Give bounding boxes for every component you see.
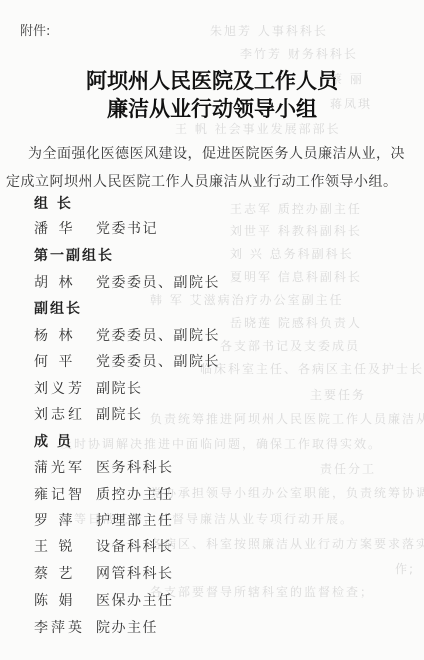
bleed-through-text: 李竹芳 财务科科长	[240, 45, 358, 62]
member-name: 蔡 艺	[34, 563, 96, 583]
member-row: 陈 娟医保办主任	[34, 590, 174, 610]
member-name: 刘志红	[34, 404, 96, 424]
member-name: 陈 娟	[34, 590, 96, 610]
member-role: 护理部主任	[96, 510, 174, 530]
intro-line-1: 为全面强化医德医风建设，促进医院医务人员廉洁从业，决	[6, 140, 406, 168]
member-role: 网管科科长	[96, 563, 174, 583]
member-name: 杨 林	[34, 325, 96, 345]
document-title-line-2: 廉洁从业行动领导小组	[0, 93, 424, 123]
intro-paragraph: 为全面强化医德医风建设，促进医院医务人员廉洁从业，决 定成立阿坝州人民医院工作人…	[6, 140, 406, 196]
member-role: 党委委员、副院长	[96, 351, 220, 371]
member-role: 副院长	[96, 378, 143, 398]
member-name: 雍记智	[34, 484, 96, 504]
intro-line-2: 定成立阿坝州人民医院工作人员廉洁从业行动工作领导小组。	[6, 168, 406, 196]
member-name: 胡 林	[34, 272, 96, 292]
section-heading-leader: 组 长	[34, 193, 73, 213]
member-row: 杨 林党委委员、副院长	[34, 325, 220, 345]
bleed-through-text: 及时协调解决推进中面临问题，确保工作取得实效。	[60, 435, 382, 452]
bleed-through-text: 党办承担领导小组办公室职能，负责统筹协调，信息汇	[150, 484, 424, 501]
member-name: 罗 萍	[34, 510, 96, 530]
member-role: 设备科科长	[96, 536, 174, 556]
bleed-through-text: 刘 兴 总务科副科长	[230, 245, 354, 262]
member-row: 雍记智质控办主任	[34, 484, 174, 504]
member-role: 医保办主任	[96, 590, 174, 610]
bleed-through-text: 各支部书记及支委成员	[220, 337, 360, 354]
member-role: 党委书记	[96, 218, 158, 238]
bleed-through-text: 作;	[395, 560, 415, 577]
bleed-through-text: 各病区、科室按照廉洁从业行动方案要求落实各项工	[150, 535, 424, 552]
bleed-through-text: 王志军 质控办副主任	[230, 200, 362, 217]
section-heading-deputy: 副组长	[34, 298, 82, 318]
member-name: 何 平	[34, 351, 96, 371]
member-row: 何 平党委委员、副院长	[34, 351, 220, 371]
bleed-through-text: 各支部要督导所辖科室的监督检查；	[150, 583, 374, 600]
section-heading-first-deputy: 第一副组长	[34, 245, 114, 265]
member-row: 蔡 艺网管科科长	[34, 563, 174, 583]
bleed-through-text: 临床科室主任、各病区主任及护士长	[200, 360, 424, 377]
section-heading-members: 成 员	[34, 431, 73, 451]
member-role: 副院长	[96, 404, 143, 424]
attachment-label: 附件:	[20, 20, 50, 39]
member-name: 王 锐	[34, 536, 96, 556]
member-row: 胡 林党委委员、副院长	[34, 272, 220, 292]
member-row: 刘义芳副院长	[34, 378, 143, 398]
member-row: 罗 萍护理部主任	[34, 510, 174, 530]
document-title-line-1: 阿坝州人民医院及工作人员	[0, 65, 424, 95]
member-role: 党委委员、副院长	[96, 325, 220, 345]
member-name: 蒲光军	[34, 457, 96, 477]
member-row: 潘 华党委书记	[34, 218, 158, 238]
bleed-through-text: 责任分工	[320, 460, 376, 477]
member-role: 质控办主任	[96, 484, 174, 504]
bleed-through-text: 主要任务	[310, 386, 366, 403]
member-row: 李萍英院办主任	[34, 617, 158, 637]
member-role: 党委委员、副院长	[96, 272, 220, 292]
member-row: 蒲光军医务科科长	[34, 457, 174, 477]
member-name: 刘义芳	[34, 378, 96, 398]
member-row: 刘志红副院长	[34, 404, 143, 424]
bleed-through-text: 夏明军 信息科副科长	[230, 268, 362, 285]
member-role: 院办主任	[96, 617, 158, 637]
document-page: 朱旭芳 人事科科长 李竹芳 财务科科长 蔡 丽 蒋凤琪 王 帆 社会事业发展部部…	[0, 0, 424, 660]
bleed-through-text: 朱旭芳 人事科科长	[210, 22, 328, 39]
bleed-through-text: 负责统筹推进阿坝州人民医院工作人员廉洁从业行动工作，	[150, 410, 424, 427]
bleed-through-text: 韩 军 艾滋病治疗办公室副主任	[150, 291, 344, 308]
member-role: 医务科科长	[96, 457, 174, 477]
bleed-through-text: 刘世平 科教科副科长	[230, 222, 362, 239]
member-name: 潘 华	[34, 218, 96, 238]
bleed-through-text: 岳晓莲 院感科负责人	[230, 314, 362, 331]
member-name: 李萍英	[34, 617, 96, 637]
member-row: 王 锐设备科科长	[34, 536, 174, 556]
